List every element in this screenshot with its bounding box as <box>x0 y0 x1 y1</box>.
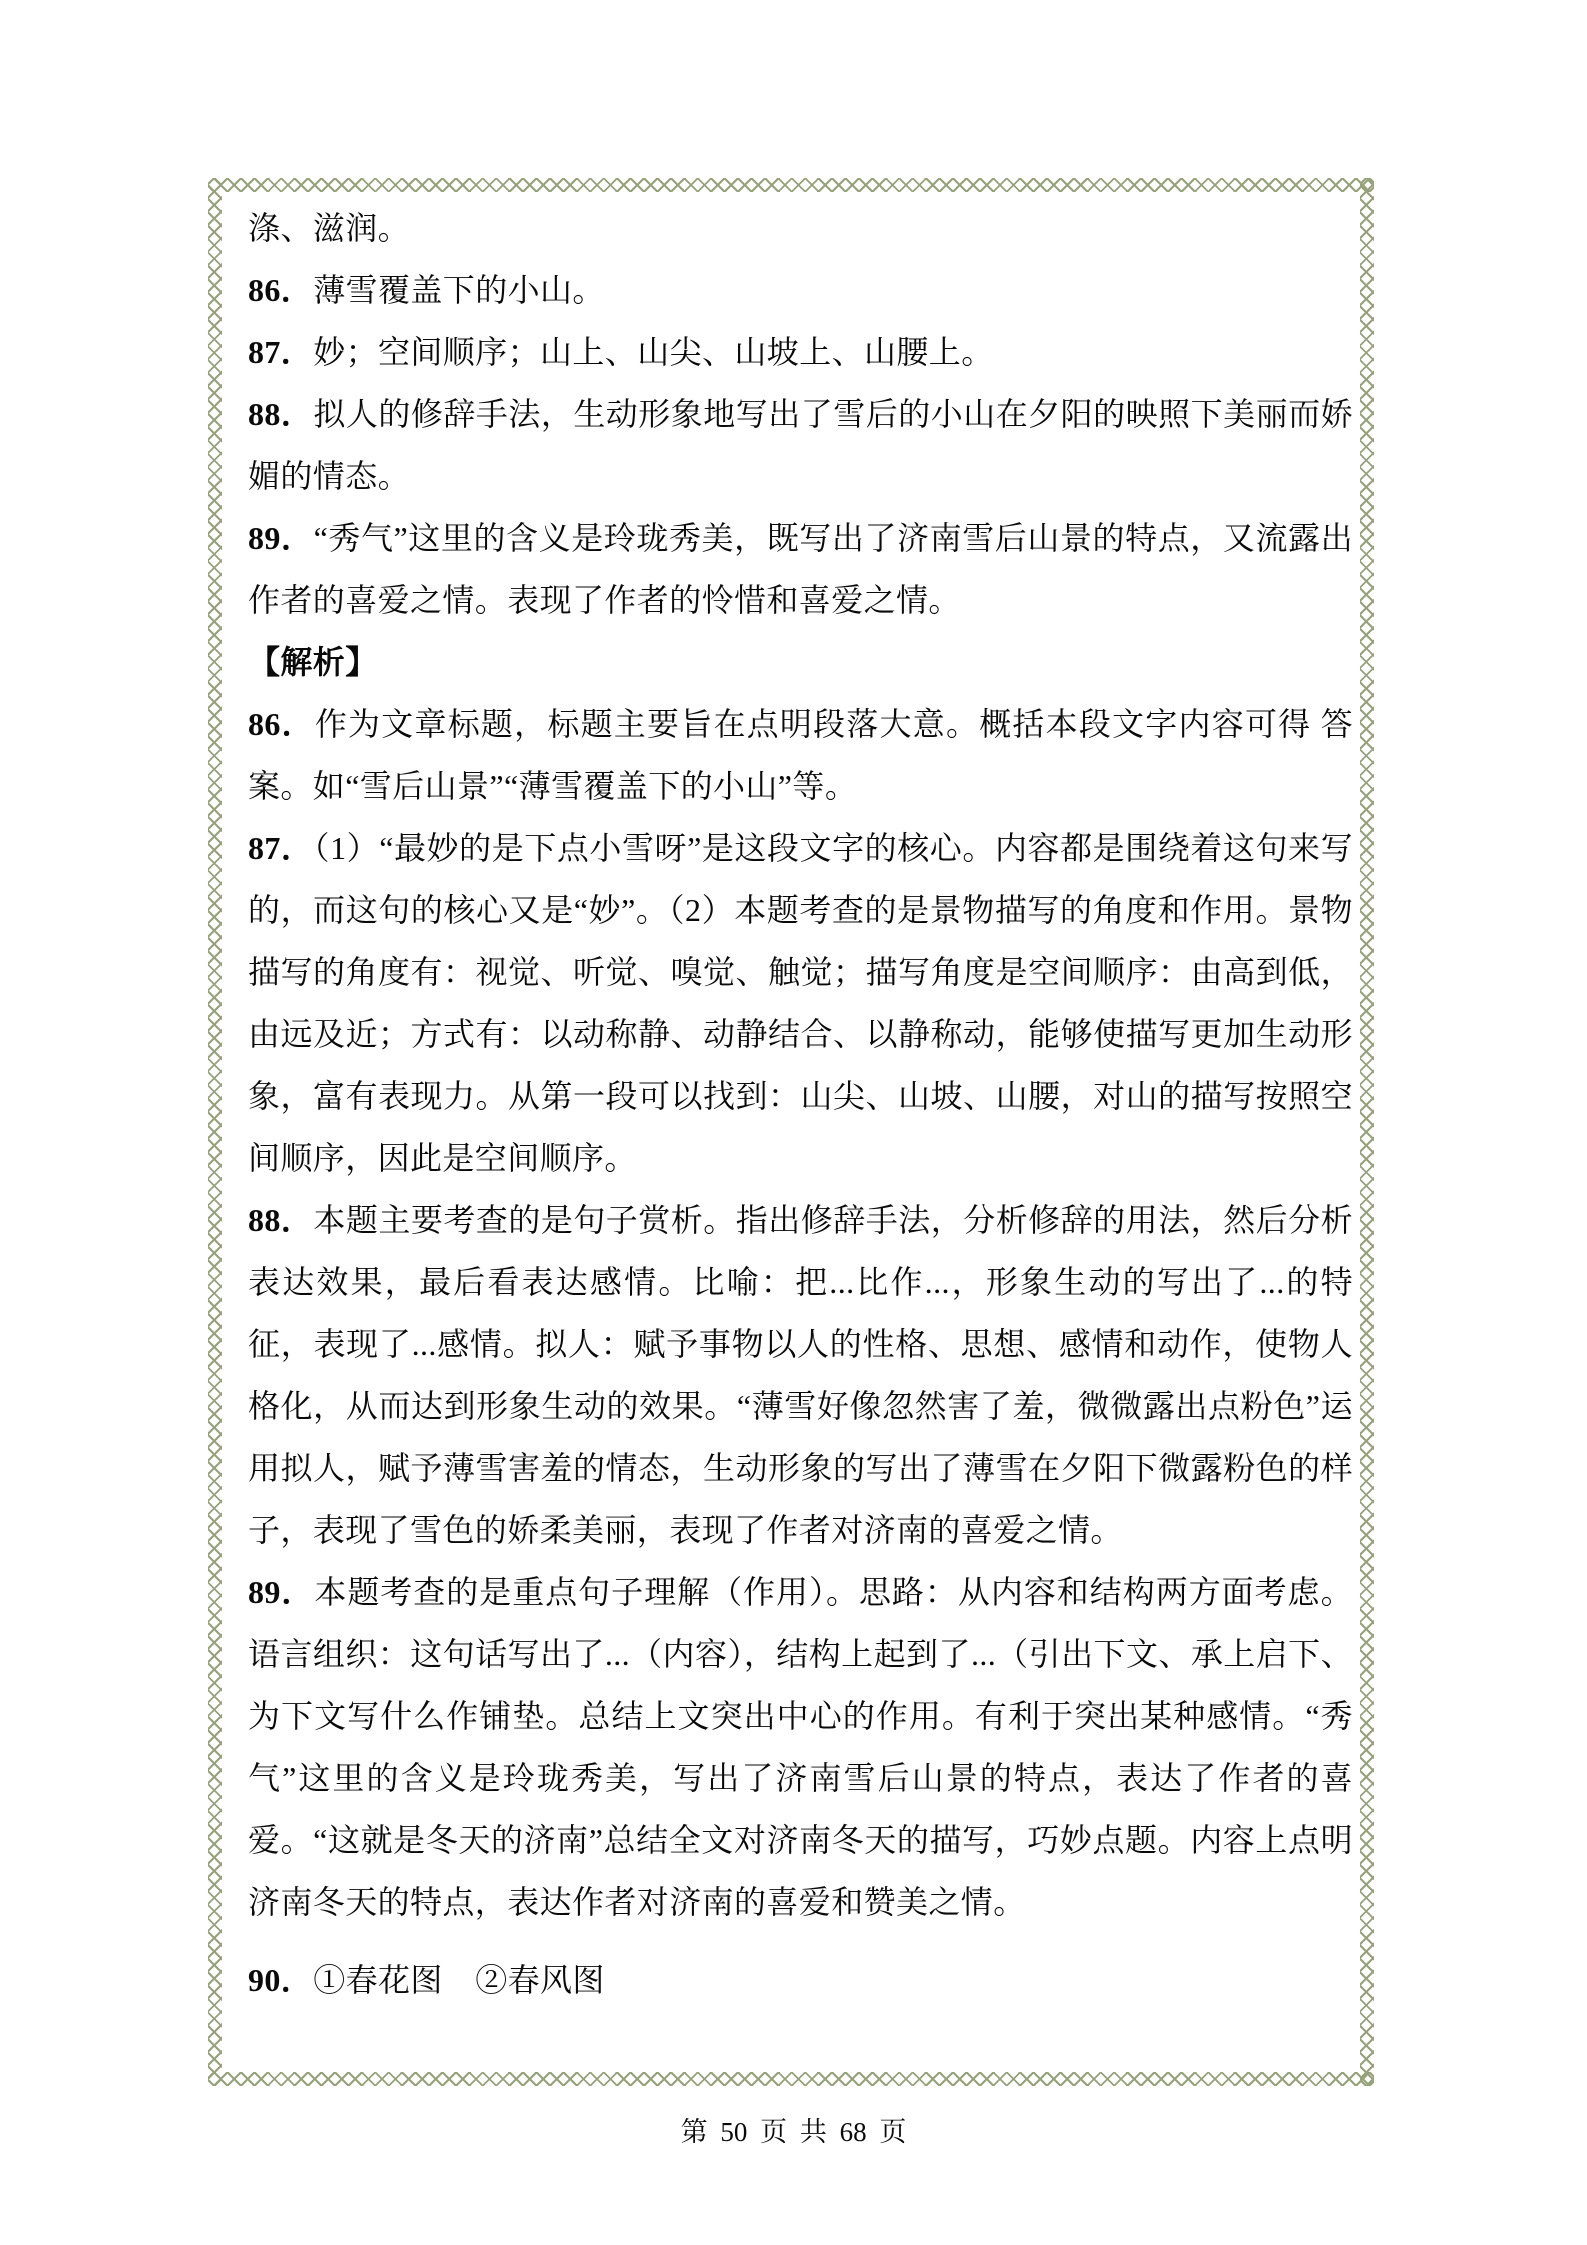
item-number: 89． <box>248 520 314 556</box>
item-number: 86． <box>248 706 315 742</box>
answer-sheet-content: 涤、滋润。 86．薄雪覆盖下的小山。 87．妙；空间顺序；山上、山尖、山坡上、山… <box>222 192 1360 2072</box>
paragraph-answer-90: 90．①春花图 ②春风图 <box>248 1949 1353 2011</box>
item-text: 妙；空间顺序；山上、山尖、山坡上、山腰上。 <box>313 334 993 370</box>
page-footer: 第 50 页 共 68 页 <box>0 2110 1587 2149</box>
page-border: 涤、滋润。 86．薄雪覆盖下的小山。 87．妙；空间顺序；山上、山尖、山坡上、山… <box>208 178 1374 2086</box>
item-text: 本题主要考查的是句子赏析。指出修辞手法，分析修辞的用法，然后分析表达效果，最后看… <box>248 1202 1353 1548</box>
border-left-zigzag <box>208 178 222 2086</box>
item-text: “秀气”这里的含义是玲珑秀美，既写出了济南雪后山景的特点，又流露出作者的喜爱之情… <box>248 520 1353 618</box>
item-text: 作为文章标题，标题主要旨在点明段落大意。概括本段文字内容可得 答案。如“雪后山景… <box>248 706 1353 804</box>
paragraph-continuation: 涤、滋润。 <box>248 197 1353 259</box>
analysis-label: 【解析】 <box>248 644 378 680</box>
section-heading-analysis: 【解析】 <box>248 631 1353 693</box>
item-number: 87． <box>248 334 313 370</box>
item-number: 88． <box>248 1202 313 1238</box>
document-page: 涤、滋润。 86．薄雪覆盖下的小山。 87．妙；空间顺序；山上、山尖、山坡上、山… <box>0 0 1587 2245</box>
paragraph-analysis-89: 89．本题考查的是重点句子理解（作用）。思路：从内容和结构两方面考虑。语言组织：… <box>248 1561 1353 1933</box>
paragraph-answer-86: 86．薄雪覆盖下的小山。 <box>248 259 1353 321</box>
border-bottom-zigzag <box>208 2072 1374 2086</box>
item-text: 本题考查的是重点句子理解（作用）。思路：从内容和结构两方面考虑。语言组织：这句话… <box>248 1574 1353 1920</box>
item-text: （1）“最妙的是下点小雪呀”是这段文字的核心。内容都是围绕着这句来写的，而这句的… <box>248 830 1353 1176</box>
item-text: 拟人的修辞手法，生动形象地写出了雪后的小山在夕阳的映照下美丽而娇媚的情态。 <box>248 396 1353 494</box>
item-number: 86． <box>248 272 313 308</box>
paragraph-answer-88: 88．拟人的修辞手法，生动形象地写出了雪后的小山在夕阳的映照下美丽而娇媚的情态。 <box>248 383 1353 507</box>
item-text: ①春花图 ②春风图 <box>313 1962 605 1998</box>
item-number: 90． <box>248 1962 313 1998</box>
border-right-zigzag <box>1360 178 1374 2086</box>
item-number: 88． <box>248 396 313 432</box>
item-number: 89． <box>248 1574 314 1610</box>
item-text: 薄雪覆盖下的小山。 <box>313 272 605 308</box>
paragraph-analysis-87: 87．（1）“最妙的是下点小雪呀”是这段文字的核心。内容都是围绕着这句来写的，而… <box>248 817 1353 1189</box>
paragraph-analysis-88: 88．本题主要考查的是句子赏析。指出修辞手法，分析修辞的用法，然后分析表达效果，… <box>248 1189 1353 1561</box>
item-text: 涤、滋润。 <box>248 210 410 246</box>
paragraph-answer-89: 89．“秀气”这里的含义是玲珑秀美，既写出了济南雪后山景的特点，又流露出作者的喜… <box>248 507 1353 631</box>
item-number: 87． <box>248 830 314 866</box>
paragraph-answer-87: 87．妙；空间顺序；山上、山尖、山坡上、山腰上。 <box>248 321 1353 383</box>
border-top-zigzag <box>208 178 1374 192</box>
paragraph-analysis-86: 86．作为文章标题，标题主要旨在点明段落大意。概括本段文字内容可得 答案。如“雪… <box>248 693 1353 817</box>
